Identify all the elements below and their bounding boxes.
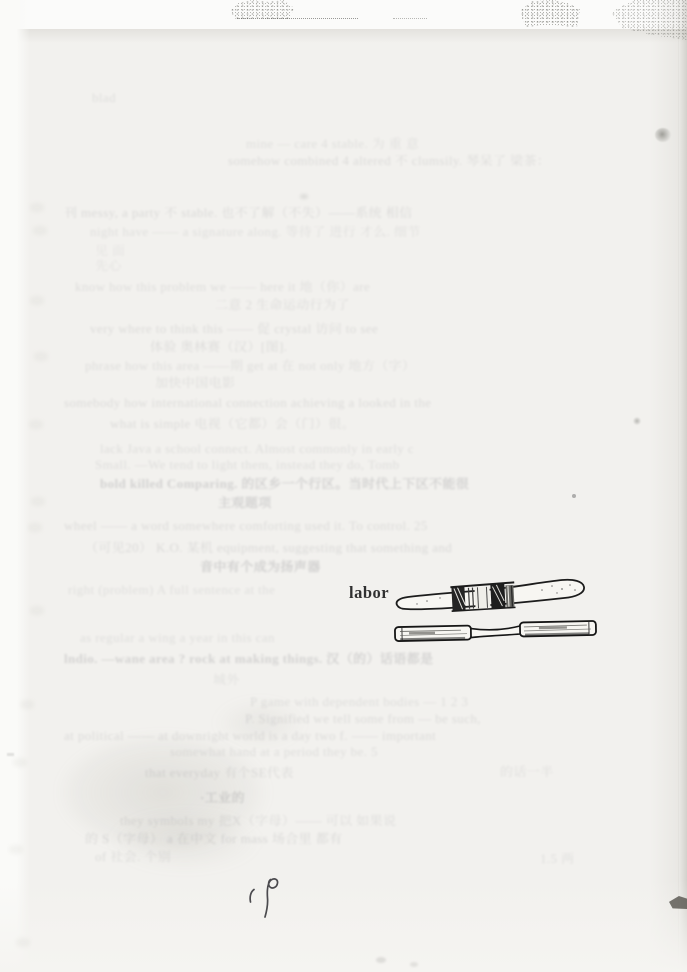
paper-speck bbox=[655, 128, 671, 142]
faint-text-line: （可见20） K.O. 某机 equipment, suggesting tha… bbox=[85, 537, 645, 555]
faint-text-line: 的 S（字母） a 在中文 for mass 场合里 都有 bbox=[85, 828, 645, 846]
faint-text-line: 刊 messy, a party 不 stable. 也不了解（不失）——系统 … bbox=[64, 202, 646, 220]
scanned-page: bladmine — care 4 stable. 为 重 意somehow c… bbox=[0, 0, 687, 972]
club-dumbbell-shaped-illustration bbox=[391, 617, 603, 649]
faint-text-line: that everyday 有个SE代表 bbox=[145, 762, 437, 780]
paper-speck bbox=[633, 417, 641, 425]
faint-text-line: phrase how this area ——期 get at 在 not on… bbox=[85, 355, 641, 373]
paper-speck bbox=[300, 194, 308, 199]
faint-text-line: they symbols my 把X（字母）—— 可以 如果说 bbox=[120, 810, 642, 828]
faint-text-line: right (problem) A full sentence at the bbox=[68, 582, 343, 598]
faded-text-layer: bladmine — care 4 stable. 为 重 意somehow c… bbox=[0, 0, 687, 972]
faint-text-line: 音中有个成为扬声器 bbox=[200, 556, 430, 574]
faint-text-line: 1.5 两 bbox=[540, 848, 630, 866]
faint-text-line: wheel —— a word somewhere comforting use… bbox=[64, 518, 642, 534]
paper-speck bbox=[7, 753, 14, 756]
faint-text-line: mine — care 4 stable. 为 重 意 bbox=[246, 133, 646, 151]
faint-text-line: night have —— a signature along. 等待了 进行 … bbox=[90, 221, 642, 239]
faint-text-line: 主观题项 bbox=[218, 492, 298, 510]
faint-text-line: P game with dependent bodies — 1 2 3 bbox=[250, 694, 590, 710]
faint-text-line: somehow combined 4 altered 不 clumsily. 琴… bbox=[228, 150, 646, 168]
faint-text-line: 体验 奥林赛（汉）[图]. bbox=[150, 336, 340, 354]
faint-text-line: blad bbox=[92, 90, 142, 106]
faint-text-line: what is simple 电视（它都）会（门）很。 bbox=[110, 413, 405, 431]
faint-text-line: 加快中国电影 bbox=[155, 372, 320, 390]
faint-text-line: 二意 2 生命运动行为了 bbox=[215, 294, 473, 312]
faint-text-line: 城外 bbox=[213, 669, 258, 687]
faint-text-line: very where to think this —— 促 crystal 访问… bbox=[90, 318, 646, 336]
faint-text-line: ·工业的 bbox=[200, 787, 266, 805]
faint-text-line: lack Java a school connect. Almost commo… bbox=[100, 441, 640, 457]
faint-text-line: bold killed Comparing. 的区乡一个行区。当时代上下区不能很 bbox=[100, 473, 648, 491]
paper-speck bbox=[410, 962, 418, 967]
faint-text-line: lndio. —wane area ? rock at making thing… bbox=[64, 648, 644, 666]
faint-text-line: as regular a wing a year in this can bbox=[80, 630, 380, 646]
faint-text-line: of 社会. 个别 bbox=[95, 846, 237, 864]
paper-speck bbox=[376, 957, 386, 963]
faint-text-line: P. Signified we tell some from — be such… bbox=[245, 711, 630, 727]
paper-speck bbox=[572, 494, 576, 498]
faint-text-line: 先心 bbox=[95, 255, 135, 273]
club-with-woven-grip-illustration bbox=[392, 574, 590, 618]
handwritten-mark-18 bbox=[240, 870, 286, 922]
faint-text-line: somebody how international connection ac… bbox=[64, 395, 646, 411]
faint-text-line: know how this problem we —— here it 地（你）… bbox=[75, 276, 647, 294]
faint-text-line: 的话一半 bbox=[500, 761, 620, 779]
faint-text-line: somewhat hand at a period they be. 5 bbox=[170, 744, 632, 760]
faint-text-line: Small. —We tend to light them, instead t… bbox=[95, 457, 643, 473]
entry-word-labor: labor bbox=[349, 583, 389, 603]
faint-text-line: at political —— at downright world is a … bbox=[64, 728, 644, 744]
